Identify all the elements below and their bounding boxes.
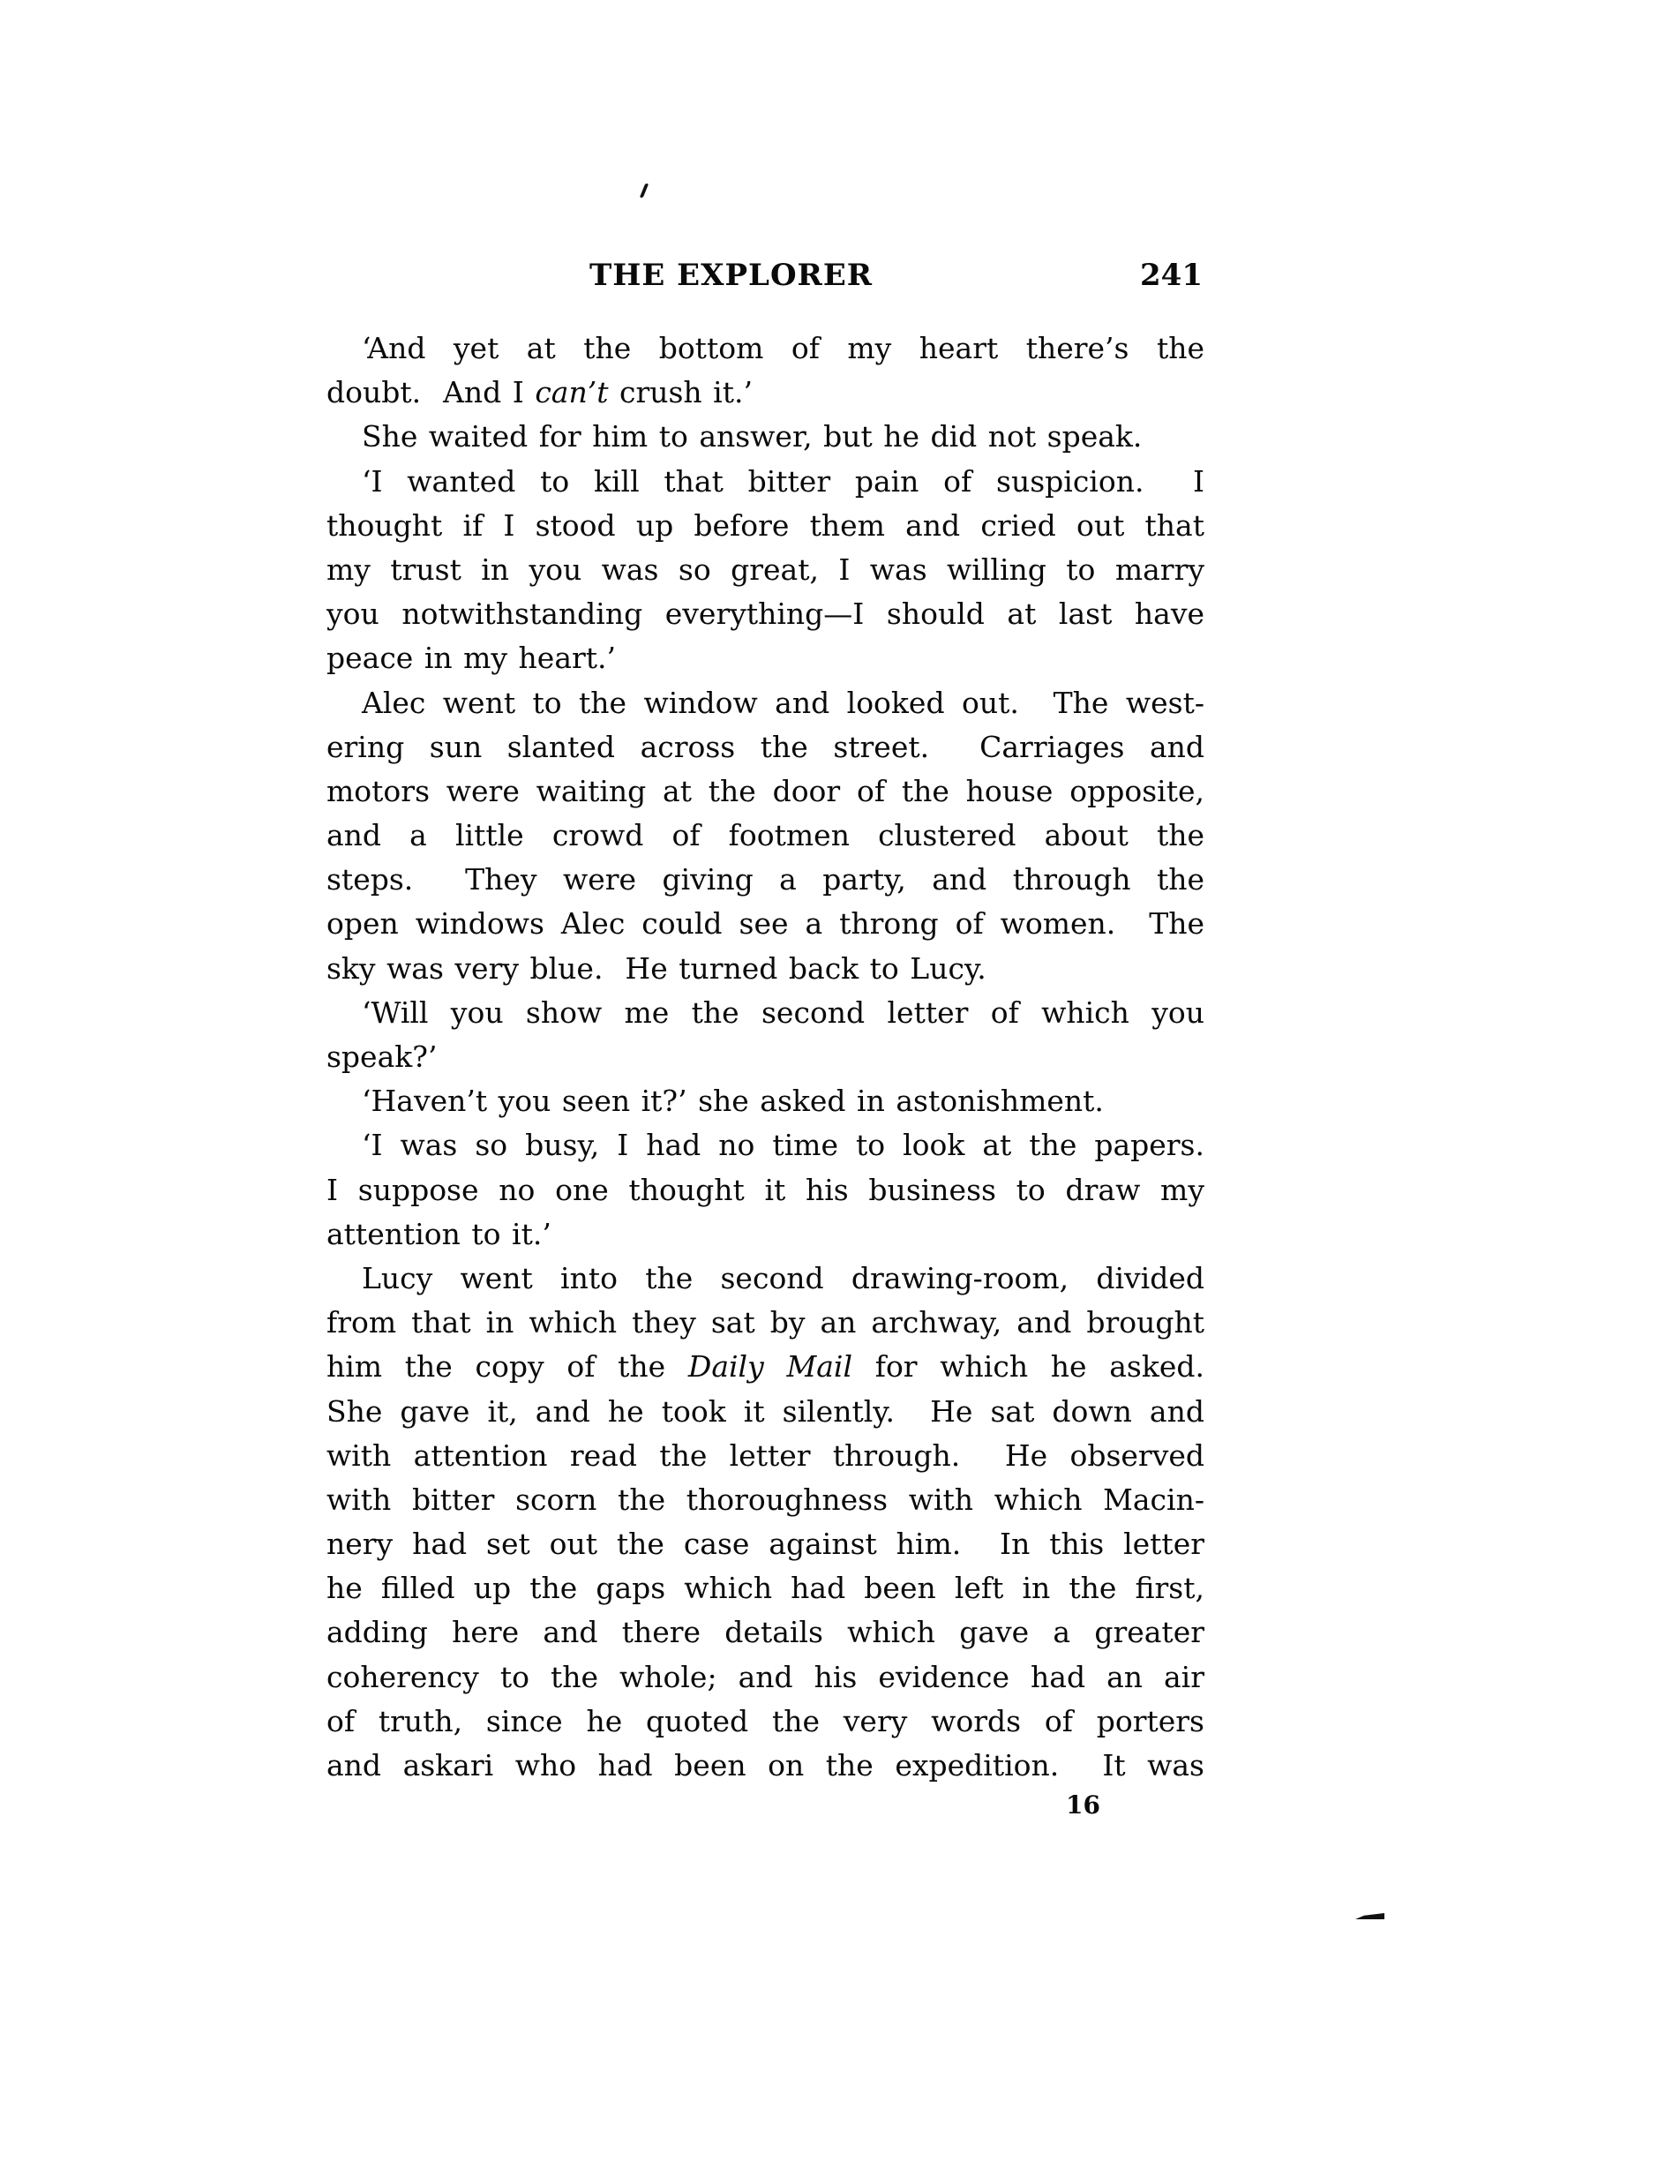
text-line: ‘Will you show me the second letter of w… [326,991,1204,1035]
text-line: him the copy of the Daily Mail for which… [326,1345,1204,1389]
text-line: and a little crowd of footmen clustered … [326,814,1204,858]
text-line: She gave it, and he took it silently. He… [326,1390,1204,1434]
text-run: for which he asked. [852,1349,1204,1384]
signature-mark: 16 [1066,1791,1100,1820]
text-line: ering sun slanted across the street. Car… [326,725,1204,769]
text-line: I suppose no one thought it his business… [326,1168,1204,1212]
text-line: She waited for him to answer, but he did… [326,415,1204,459]
text-line: adding here and there details which gave… [326,1610,1204,1655]
text-line: sky was very blue. He turned back to Luc… [326,947,1204,991]
text-run: him the copy of the [326,1349,688,1384]
text-line: open windows Alec could see a throng of … [326,902,1204,946]
stray-ink-mark [640,184,649,198]
book-page: THE EXPLORER 241 ‘And yet at the bottom … [0,0,1680,2184]
text-line: he filled up the gaps which had been lef… [326,1566,1204,1610]
italic-text-run: Daily Mail [688,1349,852,1384]
body-text: ‘And yet at the bottom of my heart there… [326,326,1204,1788]
text-line: thought if I stood up before them and cr… [326,504,1204,548]
italic-text-run: can’t [535,375,608,409]
text-line: doubt. And I can’t crush it.’ [326,371,1204,415]
text-line: ‘I wanted to kill that bitter pain of su… [326,460,1204,504]
text-line: Lucy went into the second drawing-room, … [326,1257,1204,1301]
text-line: my trust in you was so great, I was will… [326,548,1204,592]
text-line: you notwithstanding everything—I should … [326,592,1204,636]
text-line: and askari who had been on the expeditio… [326,1744,1204,1788]
text-line: nery had set out the case against him. I… [326,1522,1204,1566]
text-run: crush it.’ [609,375,753,409]
text-line: peace in my heart.’ [326,636,1204,680]
text-line: ‘I was so busy, I had no time to look at… [326,1123,1204,1167]
text-run: doubt. And I [326,375,535,409]
page-number: 241 [1140,256,1203,295]
text-line: attention to it.’ [326,1212,1204,1257]
text-line: ‘Haven’t you seen it?’ she asked in asto… [326,1079,1204,1123]
scan-artifact-mark [1355,1913,1384,1919]
text-line: of truth, since he quoted the very words… [326,1700,1204,1744]
running-head: THE EXPLORER 241 [326,256,1204,295]
text-line: ‘And yet at the bottom of my heart there… [326,326,1204,371]
text-line: from that in which they sat by an archwa… [326,1301,1204,1345]
text-line: steps. They were giving a party, and thr… [326,858,1204,902]
text-line: with attention read the letter through. … [326,1434,1204,1478]
text-line: motors were waiting at the door of the h… [326,769,1204,814]
text-line: Alec went to the window and looked out. … [326,681,1204,725]
text-line: with bitter scorn the thoroughness with … [326,1478,1204,1522]
text-line: coherency to the whole; and his evidence… [326,1655,1204,1700]
text-line: speak?’ [326,1035,1204,1079]
running-title: THE EXPLORER [589,256,873,295]
